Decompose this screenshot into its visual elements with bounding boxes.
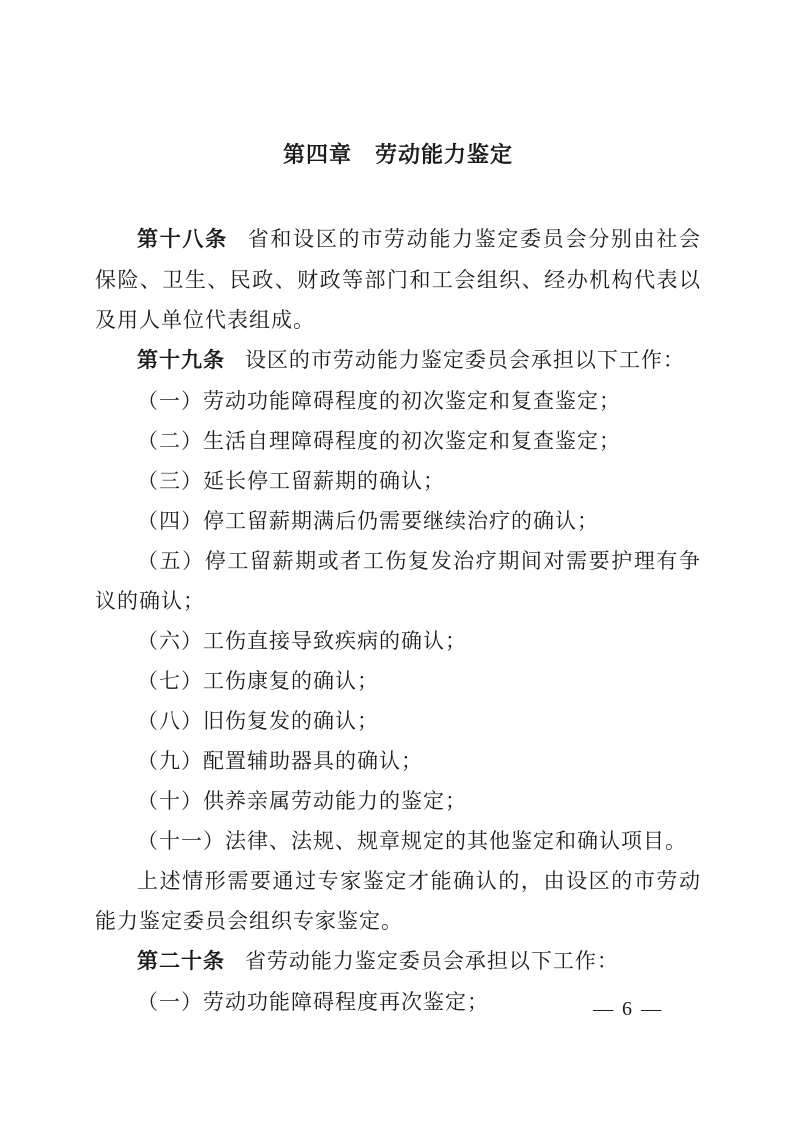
paragraph-item: （二）生活自理障碍程度的初次鉴定和复查鉴定； — [95, 421, 701, 461]
paragraph-plain: 上述情形需要通过专家鉴定才能确认的，由设区的市劳动能力鉴定委员会组织专家鉴定。 — [95, 861, 701, 941]
document-content: 第四章 劳动能力鉴定 第十八条省和设区的市劳动能力鉴定委员会分别由社会保险、卫生… — [95, 138, 701, 1022]
paragraph-item: （四）停工留薪期满后仍需要继续治疗的确认； — [95, 501, 701, 541]
document-body: 第十八条省和设区的市劳动能力鉴定委员会分别由社会保险、卫生、民政、财政等部门和工… — [95, 219, 701, 1022]
paragraph-article: 第十九条设区的市劳动能力鉴定委员会承担以下工作： — [95, 340, 701, 381]
paragraph-item: （十一）法律、法规、规章规定的其他鉴定和确认项目。 — [95, 821, 701, 861]
paragraph-item: （九）配置辅助器具的确认； — [95, 741, 701, 781]
article-number: 第十九条 — [137, 349, 225, 372]
document-page: 第四章 劳动能力鉴定 第十八条省和设区的市劳动能力鉴定委员会分别由社会保险、卫生… — [0, 0, 793, 1122]
paragraph-item: （一）劳动功能障碍程度的初次鉴定和复查鉴定； — [95, 381, 701, 421]
page-number: — 6 — — [593, 998, 663, 1021]
article-number: 第二十条 — [137, 950, 225, 973]
chapter-heading: 第四章 劳动能力鉴定 — [95, 138, 701, 169]
paragraph-item: （三）延长停工留薪期的确认； — [95, 461, 701, 501]
paragraph-item: （八）旧伤复发的确认； — [95, 701, 701, 741]
paragraph-article: 第十八条省和设区的市劳动能力鉴定委员会分别由社会保险、卫生、民政、财政等部门和工… — [95, 219, 701, 340]
paragraph-item: （五）停工留薪期或者工伤复发治疗期间对需要护理有争议的确认； — [95, 541, 701, 621]
paragraph-item: （七）工伤康复的确认； — [95, 661, 701, 701]
paragraph-item: （十）供养亲属劳动能力的鉴定； — [95, 781, 701, 821]
article-number: 第十八条 — [137, 228, 228, 251]
paragraph-article: 第二十条省劳动能力鉴定委员会承担以下工作： — [95, 941, 701, 982]
paragraph-item: （六）工伤直接导致疾病的确认； — [95, 621, 701, 661]
